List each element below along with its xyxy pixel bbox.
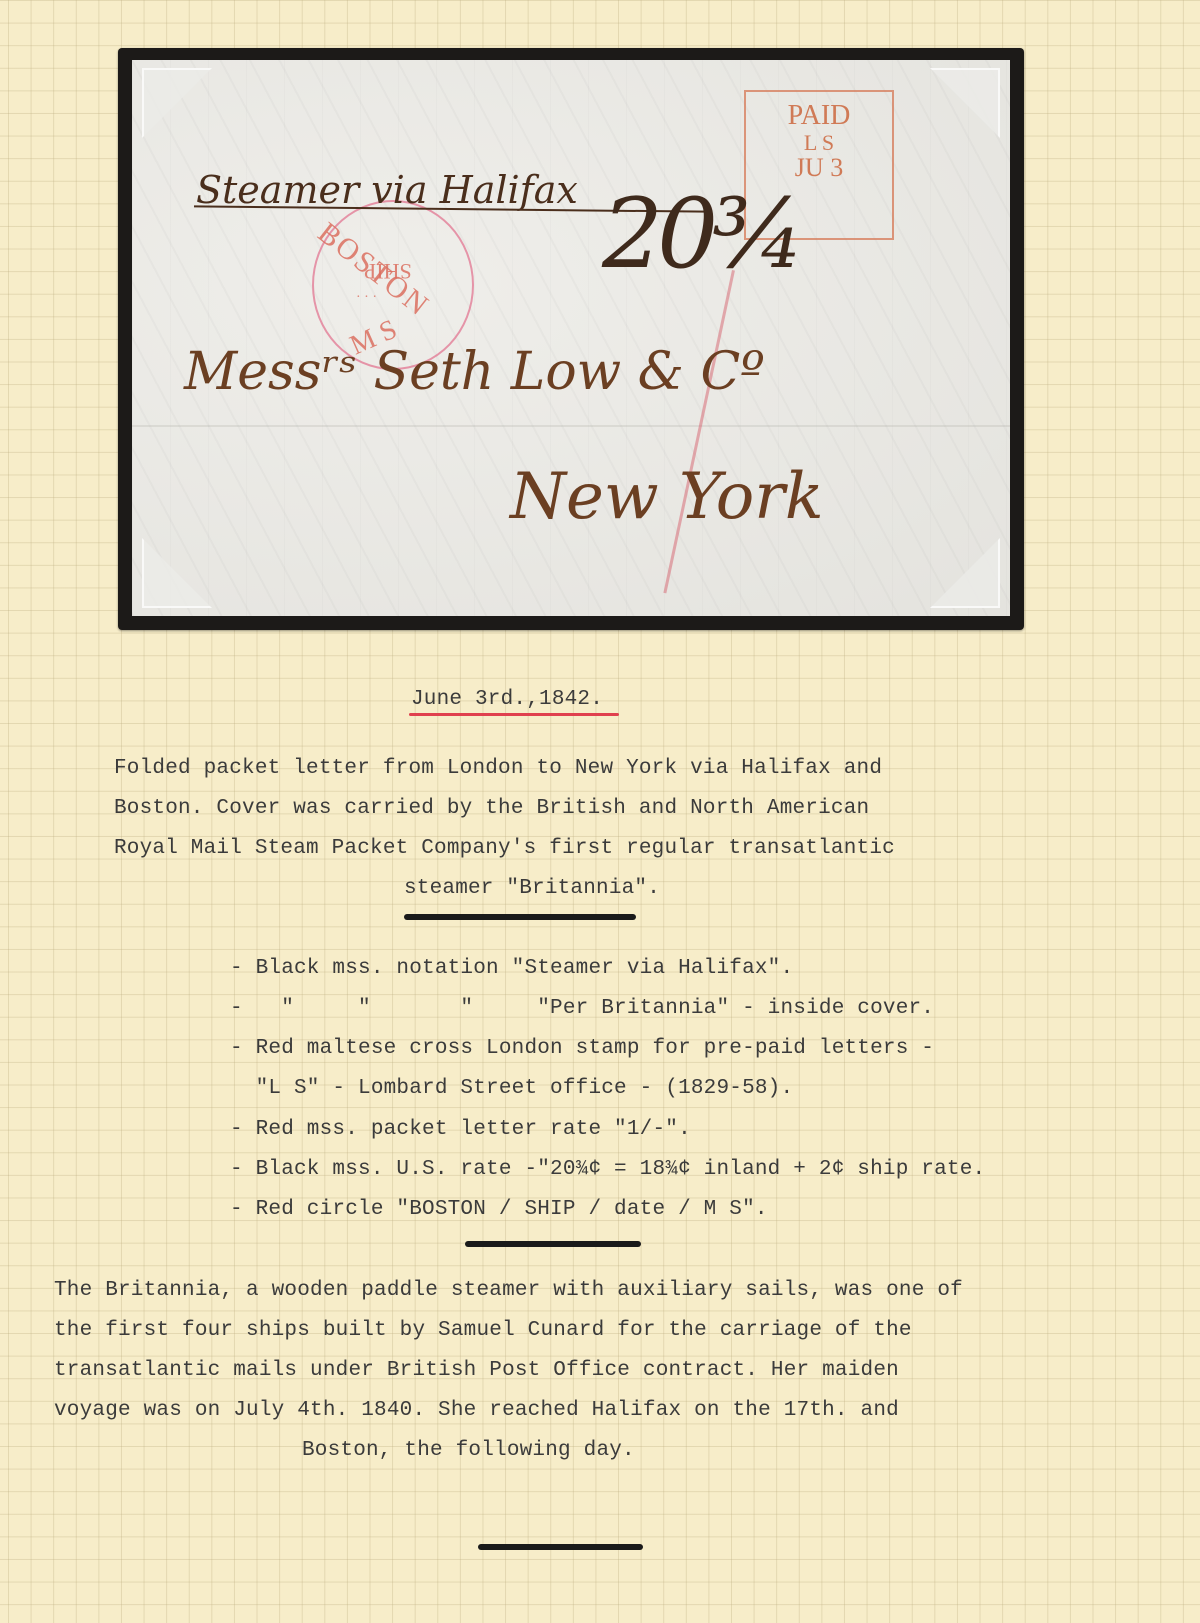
photo-corner-top-right	[930, 68, 1000, 138]
date-heading: June 3rd.,1842.	[411, 688, 603, 711]
paid-stamp-line2: L S	[746, 132, 892, 154]
intro-line: steamer "Britannia".	[404, 877, 660, 900]
history-line: voyage was on July 4th. 1840. She reache…	[54, 1399, 899, 1422]
section-rule	[465, 1241, 641, 1247]
boston-stamp-middle: SHIP	[364, 258, 412, 284]
note-item: - Black mss. notation "Steamer via Halif…	[230, 957, 793, 980]
history-line: the first four ships built by Samuel Cun…	[54, 1319, 912, 1342]
boston-stamp-date: · · ·	[356, 290, 377, 306]
paid-stamp-line1: PAID	[746, 100, 892, 132]
red-manuscript-rate-mark	[663, 270, 871, 616]
fold-line	[132, 425, 1010, 427]
section-rule	[478, 1544, 643, 1550]
section-rule	[404, 914, 636, 920]
photo-corner-bottom-right	[930, 538, 1000, 608]
intro-line: Royal Mail Steam Packet Company's first …	[114, 837, 895, 860]
history-line: The Britannia, a wooden paddle steamer w…	[54, 1279, 963, 1302]
intro-line: Boston. Cover was carried by the British…	[114, 797, 869, 820]
manuscript-city: New York	[510, 460, 824, 534]
note-item: - " " " "Per Britannia" - inside cover.	[230, 997, 934, 1020]
manuscript-us-rate: 20¾	[602, 178, 799, 290]
intro-line: Folded packet letter from London to New …	[114, 757, 882, 780]
photo-corner-top-left	[142, 68, 212, 138]
note-item: "L S" - Lombard Street office - (1829-58…	[230, 1077, 793, 1100]
black-mount-frame: PAID L S JU 3 BOSTON SHIP · · · M S Stea…	[118, 48, 1024, 630]
history-line: Boston, the following day.	[302, 1439, 635, 1462]
note-item: - Red mss. packet letter rate "1/-".	[230, 1118, 691, 1141]
manuscript-addressee: Messʳˢ Seth Low & Cº	[184, 342, 765, 402]
photo-corner-bottom-left	[142, 538, 212, 608]
history-line: transatlantic mails under British Post O…	[54, 1359, 899, 1382]
folded-letter-cover: PAID L S JU 3 BOSTON SHIP · · · M S Stea…	[132, 60, 1010, 616]
note-item: - Red circle "BOSTON / SHIP / date / M S…	[230, 1198, 768, 1221]
note-item: - Red maltese cross London stamp for pre…	[230, 1037, 934, 1060]
note-item: - Black mss. U.S. rate -"20¾¢ = 18¾¢ inl…	[230, 1158, 985, 1181]
date-underline	[409, 713, 619, 716]
